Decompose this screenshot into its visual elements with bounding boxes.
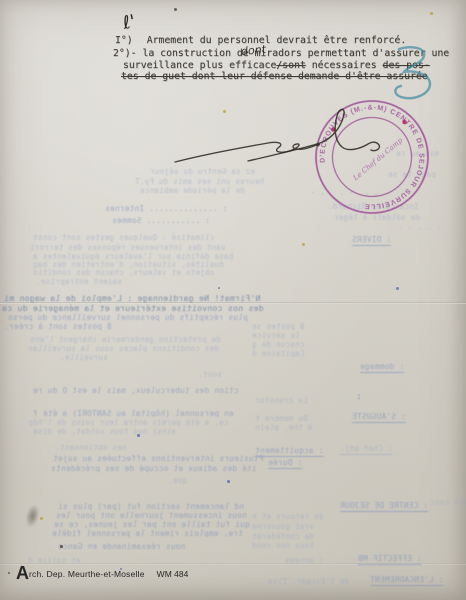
bleed-through-line: : années xyxy=(285,556,323,565)
bleed-through-line: : Chef adj. xyxy=(340,444,393,455)
stamp-inner-text: Le Chef du Camp xyxy=(351,136,405,183)
stamp-ring-text: D'ECROUVES (M.-&-M) CENTRE DE SEJOUR SUR… xyxy=(309,93,436,220)
bleed-through-line: : DIVERS xyxy=(352,235,391,246)
bleed-through-line: plus réceptifs du personnel surveillance… xyxy=(8,313,248,322)
bleed-through-line: des conditions places sous la surveillan xyxy=(28,344,219,353)
paper-speck xyxy=(227,480,230,483)
typed-line-1-text: Armement du personnel devrait être renfo… xyxy=(147,35,407,46)
bleed-through-line: à the, plein xyxy=(255,423,312,432)
paper-speck xyxy=(223,110,226,113)
bleed-through-line: : L'ENCADREMENT xyxy=(370,575,443,586)
typed-line-3-struck-word: /sont xyxy=(276,60,306,71)
handwritten-overwrite: dont xyxy=(240,43,266,59)
bleed-through-line: nous réexaminande en Gance xyxy=(58,542,185,551)
bleed-through-line: : xyxy=(356,392,362,402)
stamp-text-path xyxy=(314,99,429,214)
paper-speck xyxy=(430,12,433,15)
archive-caption: Arch. Dep. Meurthe-et-MoselleWM 484 xyxy=(16,563,188,584)
typed-line-3-struck-end: des pos- xyxy=(383,60,430,71)
bleed-through-line: Plusieurs interventions effectuées au su… xyxy=(53,454,263,463)
bleed-through-line: tous nos cond xyxy=(252,541,314,550)
bleed-through-line: de la période ambiance xyxy=(140,186,245,195)
bleed-through-line: : CENTRE DE SEJOUR xyxy=(340,501,428,512)
bleed-through-line: Du membre t xyxy=(255,414,308,423)
bleed-through-line: climatisé : Quelques gestes sont const xyxy=(33,233,214,242)
paper-speck xyxy=(302,243,305,246)
bleed-through-line: ainsi nos tous soldat, de dise xyxy=(33,427,176,436)
archive-code: WM 484 xyxy=(157,569,189,579)
paper-speck xyxy=(174,8,177,11)
bleed-through-line: heures uni ses amis du Fy.T xyxy=(135,177,264,186)
bleed-through-line: nd lancement section fut (par) plus si xyxy=(58,502,244,511)
bleed-through-line: objets et valeurs, chacun des conditio xyxy=(33,268,214,277)
bleed-through-line: vaient entreprise. xyxy=(36,277,122,286)
bleed-through-line: ez sa Gentru du séjour xyxy=(150,167,255,176)
bleed-through-line: le service xyxy=(252,331,300,340)
bleed-through-line: 8 postes sont à créer. xyxy=(4,322,112,331)
bleed-through-line: vant des intervenues réponses des terror… xyxy=(30,243,226,252)
bleed-through-line: ité des adieux et occupé de ses précéden… xyxy=(51,464,257,473)
bleed-through-line: 8 postes se xyxy=(252,322,305,331)
bleed-through-line: de l'Escadr. Ilva xyxy=(268,577,349,586)
bleed-through-line: N'Firmat! Ne gardiennage : L'emploi de l… xyxy=(4,293,260,303)
bleed-through-line: que. xyxy=(168,476,187,485)
paper-speck xyxy=(40,517,43,520)
bleed-through-line: : ........... Sommes xyxy=(112,216,210,225)
bleed-through-line: Capitaine d xyxy=(252,349,305,358)
typed-line-2: 2°)- la construction de miradors permett… xyxy=(113,49,449,59)
archive-initial: A xyxy=(16,563,29,583)
bleed-through-line: ction des tuberculeux, mais le est O du … xyxy=(33,386,239,395)
typed-line-4-struck: tes de guet dont leur défense demande d'… xyxy=(121,72,428,82)
paper-speck xyxy=(396,287,399,290)
bleed-through-line: nes obtiennent. xyxy=(55,443,127,452)
typed-line-3-plain: surveillance plus efficace xyxy=(123,60,276,71)
bleed-through-line: : Durée xyxy=(268,458,302,469)
bleed-through-line: : acquittement xyxy=(255,446,324,457)
document-scan: mis au cepour le seez sa Gentru du séjou… xyxy=(0,0,466,600)
bleed-through-line: chacun de g xyxy=(252,340,305,349)
bleed-through-line: surveille. xyxy=(60,353,108,362)
bleed-through-line: en personnel (hôpital au SANTORI) a été … xyxy=(33,409,234,418)
bleed-through-line: de confédérat xyxy=(252,532,314,541)
bleed-through-line: de retours et n xyxy=(252,512,324,521)
bleed-through-line: : S'AUGUSTE xyxy=(352,412,406,423)
typed-line-3: surveillance plus efficace/sont nécessai… xyxy=(123,61,430,71)
archive-text: rch. Dep. Meurthe-et-Moselle xyxy=(29,569,145,579)
bleed-through-line: sont. xyxy=(198,370,222,379)
bleed-through-line: vrai gouverne xyxy=(252,522,314,531)
bleed-through-line: nous incessument journelle ont pour les xyxy=(56,511,247,520)
bleed-through-line: qui fut taille ont par les jeunes, ce se xyxy=(54,520,250,529)
paper-speck xyxy=(137,434,140,437)
bleed-through-line: : dommage xyxy=(360,362,404,373)
bleed-through-line: des nos convoitise extérieure et la ména… xyxy=(2,303,264,313)
bleed-through-line: - - - - - xyxy=(398,224,441,233)
bleed-through-line: tre, emplois riment le personnel fidèle xyxy=(52,529,243,538)
bleed-through-line: : EFFECTIF MB xyxy=(358,554,422,565)
typed-line-1-number: I°) xyxy=(115,35,133,46)
typed-line-3-mid: nécessaires xyxy=(306,60,383,71)
paper-speck xyxy=(60,545,63,548)
bleed-through-line: de protection gendarmerie chargent l'ens xyxy=(30,335,221,344)
bleed-through-line: : .............. Internes xyxy=(105,204,227,213)
bleed-through-line: Le cransfor xyxy=(255,396,308,405)
bleed-through-line: ce, a été permis entre leur soins de l'h… xyxy=(28,418,228,427)
bleed-through-line: Ont conc xyxy=(430,498,466,507)
